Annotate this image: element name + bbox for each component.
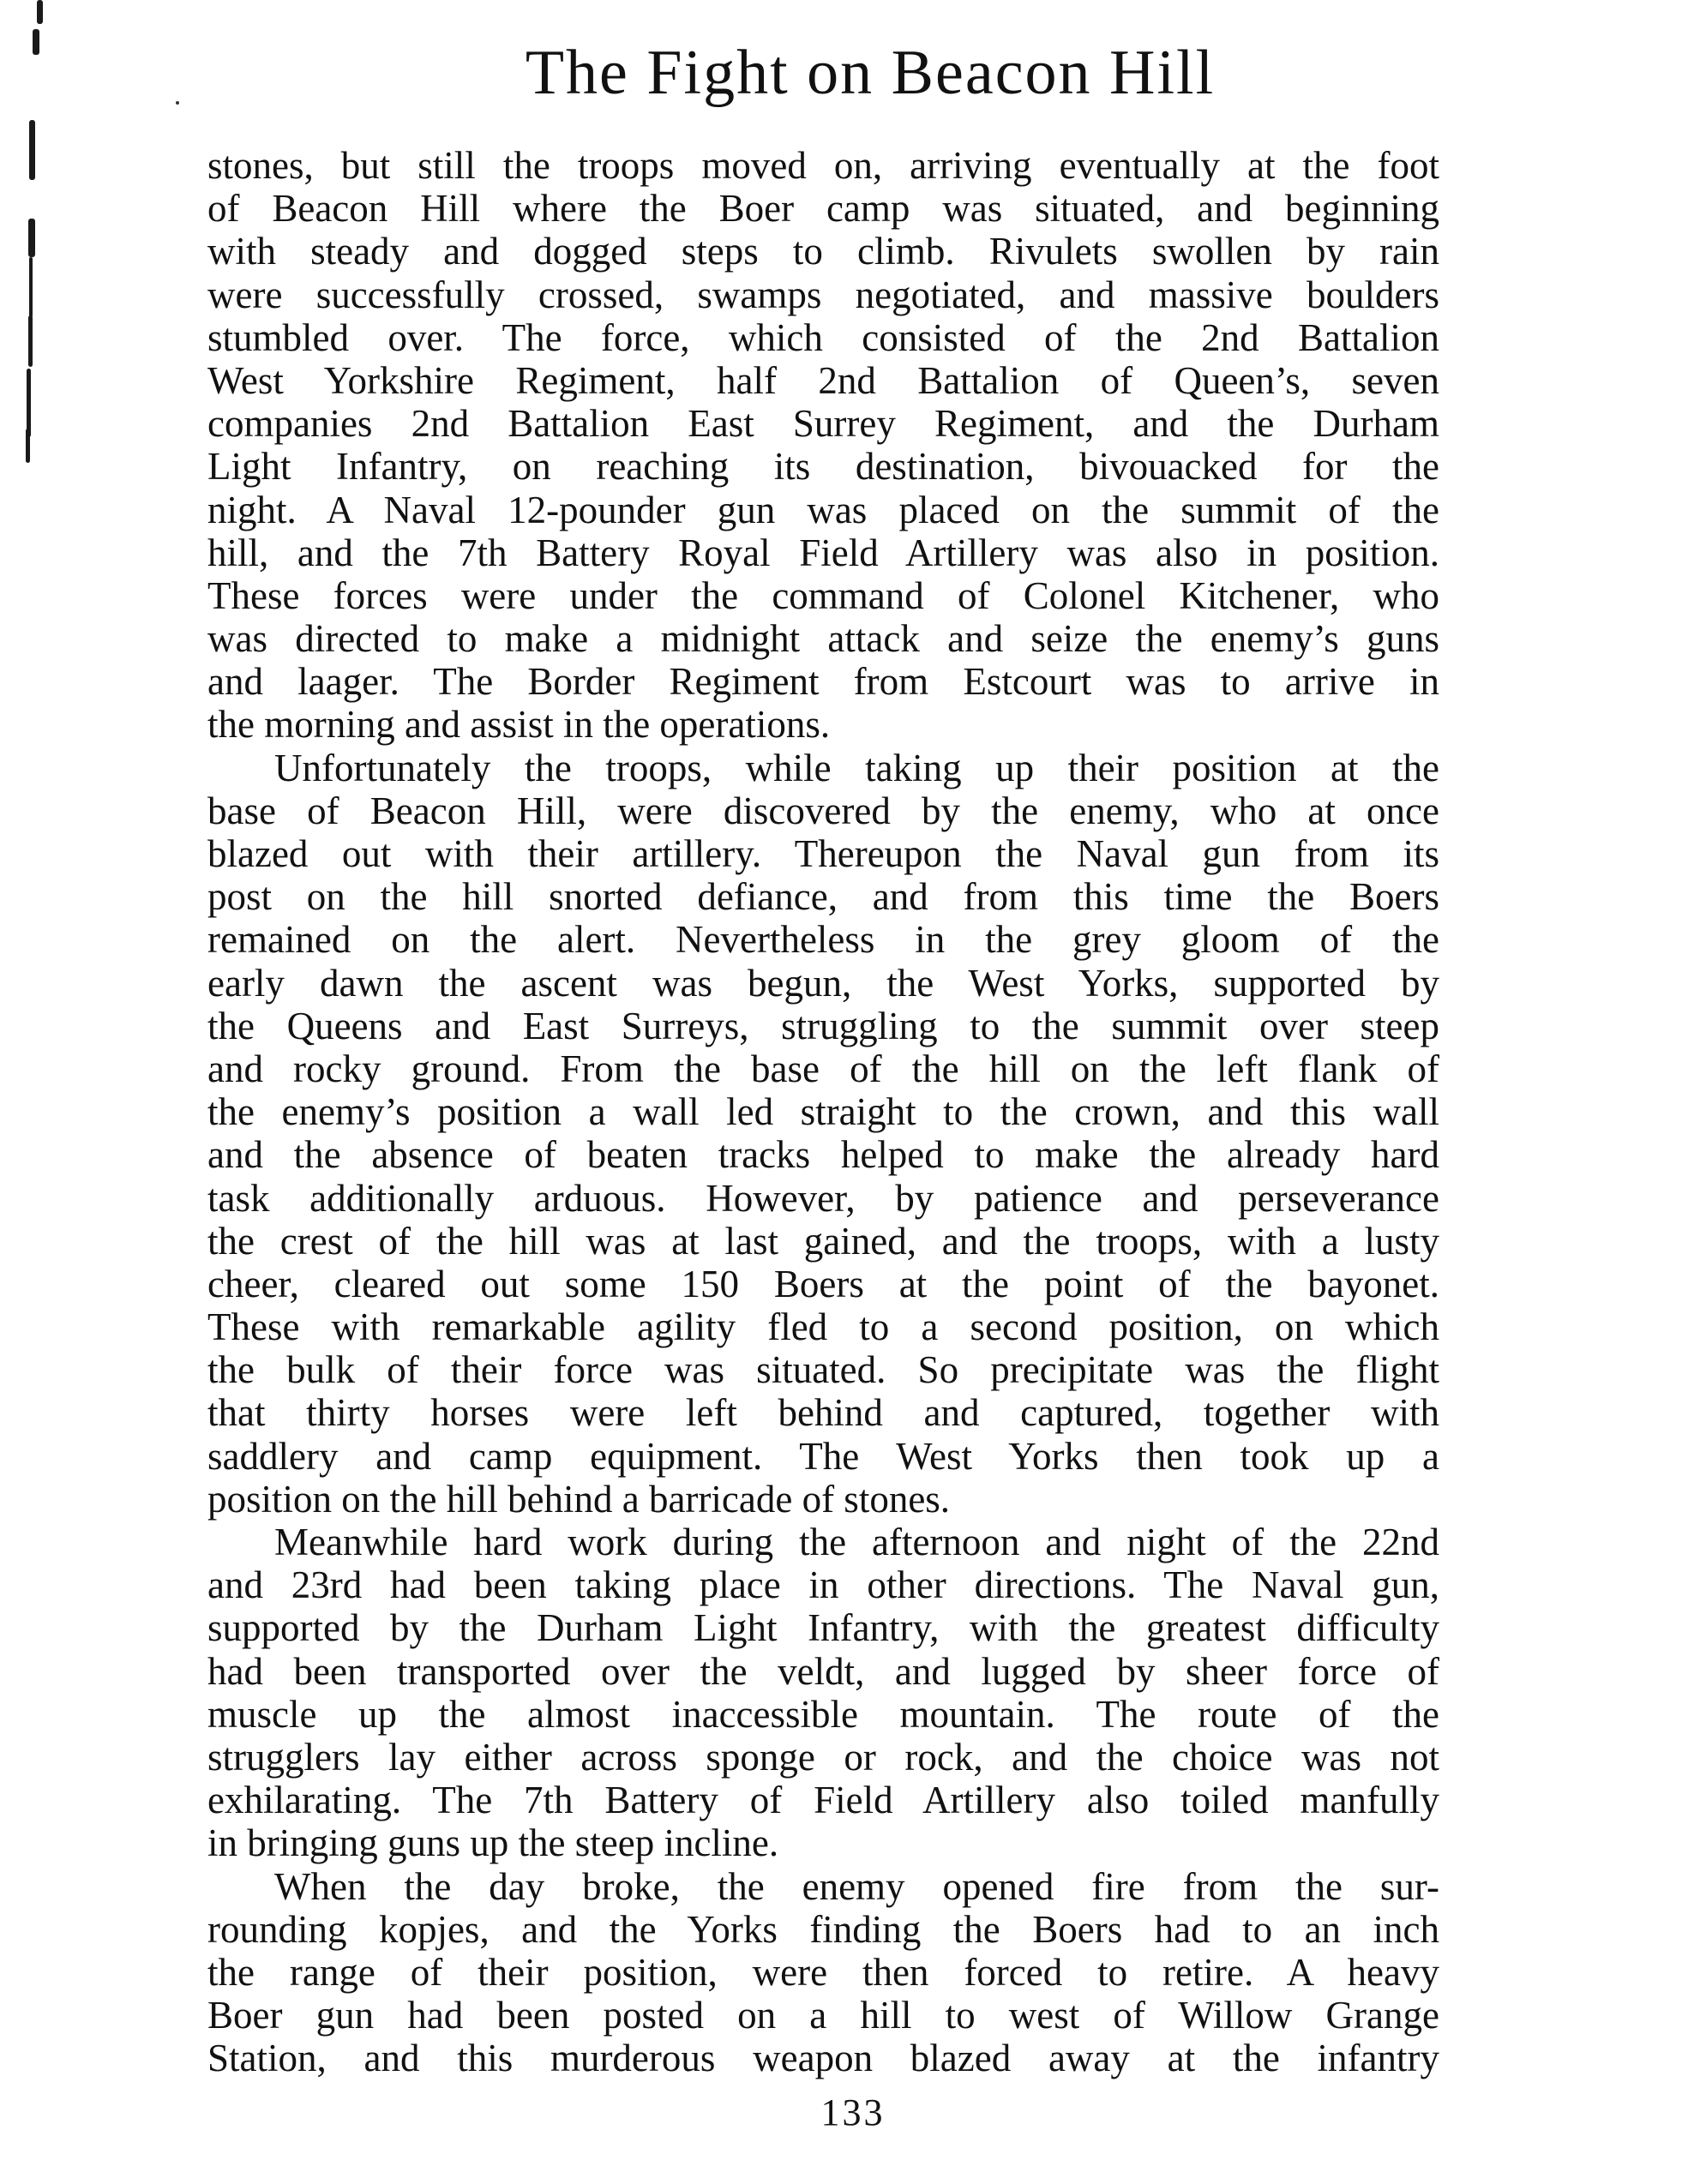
text-line: blazed out with their artillery. Thereup… [207, 832, 1439, 875]
text-line: post on the hill snorted defiance, and f… [207, 875, 1439, 918]
text-line: and rocky ground. From the base of the h… [207, 1047, 1439, 1090]
text-line: muscle up the almost inaccessible mounta… [207, 1693, 1439, 1736]
text-line: the morning and assist in the operations… [207, 703, 1439, 746]
text-line: Unfortunately the troops, while taking u… [207, 747, 1439, 789]
text-line: the enemy’s position a wall led straight… [207, 1090, 1439, 1133]
text-line: companies 2nd Battalion East Surrey Regi… [207, 402, 1439, 445]
text-line: with steady and dogged steps to climb. R… [207, 230, 1439, 273]
text-line: stones, but still the troops moved on, a… [207, 144, 1439, 187]
text-line: remained on the alert. Nevertheless in t… [207, 918, 1439, 961]
scan-edge-artifact [19, 0, 39, 2184]
text-line: exhilarating. The 7th Battery of Field A… [207, 1779, 1439, 1821]
text-line: and laager. The Border Regiment from Est… [207, 660, 1439, 703]
text-line: Station, and this murderous weapon blaze… [207, 2037, 1439, 2079]
text-line: in bringing guns up the steep incline. [207, 1821, 1439, 1864]
body-text: stones, but still the troops moved on, a… [207, 144, 1439, 2079]
text-line: the crest of the hill was at last gained… [207, 1220, 1439, 1263]
text-line: and the absence of beaten tracks helped … [207, 1133, 1439, 1176]
text-line: were successfully crossed, swamps negoti… [207, 273, 1439, 316]
paragraph: Meanwhile hard work during the afternoon… [207, 1521, 1439, 1865]
text-line: the bulk of their force was situated. So… [207, 1348, 1439, 1391]
text-line: When the day broke, the enemy opened fir… [207, 1865, 1439, 1908]
text-line: night. A Naval 12-pounder gun was placed… [207, 489, 1439, 531]
text-line: that thirty horses were left behind and … [207, 1391, 1439, 1434]
text-line: the range of their position, were then f… [207, 1951, 1439, 1994]
text-line: supported by the Durham Light Infantry, … [207, 1606, 1439, 1649]
text-line: Boer gun had been posted on a hill to we… [207, 1994, 1439, 2037]
text-line: and 23rd had been taking place in other … [207, 1563, 1439, 1606]
text-line: task additionally arduous. However, by p… [207, 1177, 1439, 1220]
text-line: had been transported over the veldt, and… [207, 1650, 1439, 1693]
text-line: hill, and the 7th Battery Royal Field Ar… [207, 531, 1439, 574]
text-line: Light Infantry, on reaching its destinat… [207, 445, 1439, 488]
text-line: cheer, cleared out some 150 Boers at the… [207, 1263, 1439, 1305]
text-line: Meanwhile hard work during the afternoon… [207, 1521, 1439, 1563]
page-number: 133 [0, 2091, 1706, 2134]
text-line: position on the hill behind a barricade … [207, 1478, 1439, 1521]
text-line: These with remarkable agility fled to a … [207, 1305, 1439, 1348]
text-line: saddlery and camp equipment. The West Yo… [207, 1435, 1439, 1478]
text-line: strugglers lay either across sponge or r… [207, 1736, 1439, 1779]
paragraph: Unfortunately the troops, while taking u… [207, 747, 1439, 1521]
text-line: of Beacon Hill where the Boer camp was s… [207, 187, 1439, 230]
paragraph: stones, but still the troops moved on, a… [207, 144, 1439, 747]
text-line: was directed to make a midnight attack a… [207, 617, 1439, 660]
paragraph: When the day broke, the enemy opened fir… [207, 1865, 1439, 2080]
text-line: West Yorkshire Regiment, half 2nd Battal… [207, 359, 1439, 402]
text-line: base of Beacon Hill, were discovered by … [207, 789, 1439, 832]
running-head: The Fight on Beacon Hill [0, 34, 1706, 111]
text-line: early dawn the ascent was begun, the Wes… [207, 962, 1439, 1005]
text-line: These forces were under the command of C… [207, 574, 1439, 617]
text-line: the Queens and East Surreys, struggling … [207, 1005, 1439, 1047]
text-line: rounding kopjes, and the Yorks finding t… [207, 1908, 1439, 1951]
text-line: stumbled over. The force, which consiste… [207, 316, 1439, 359]
